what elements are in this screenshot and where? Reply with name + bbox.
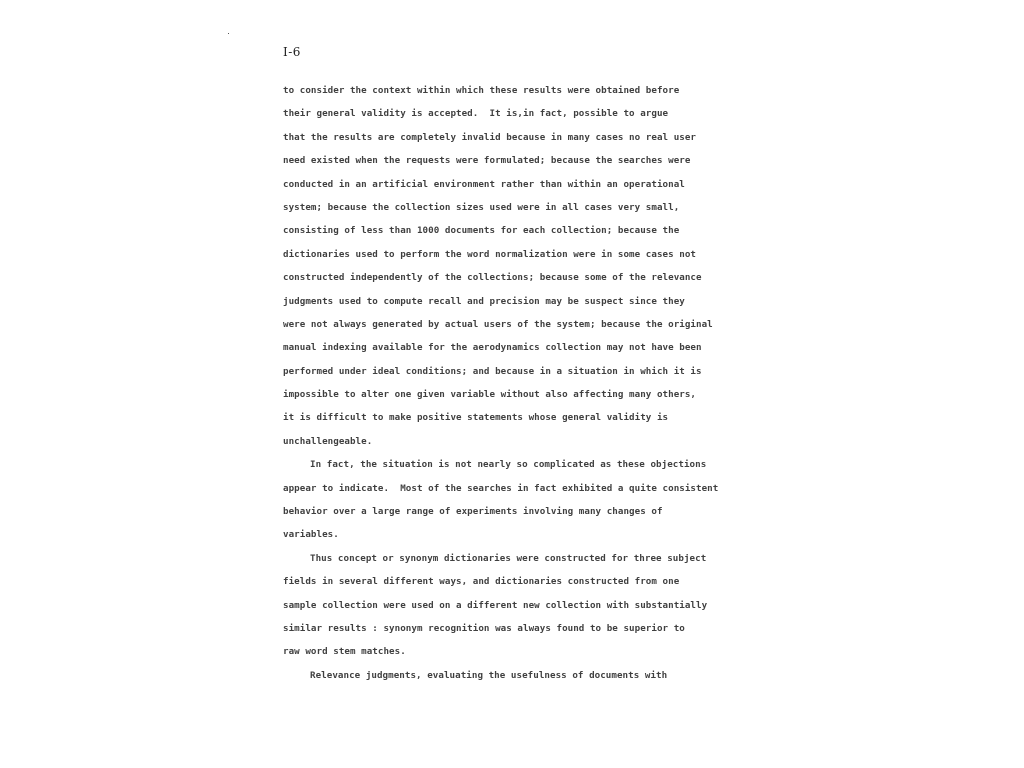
page-number: I-6 [283, 45, 301, 59]
paragraph-first-line: Relevance judgments, evaluating the usef… [283, 664, 743, 687]
body-text: to consider the context within which the… [283, 79, 743, 687]
text-line: fields in several different ways, and di… [283, 570, 743, 593]
text-line: impossible to alter one given variable w… [283, 383, 743, 406]
text-line: variables. [283, 523, 743, 546]
text-line: consisting of less than 1000 documents f… [283, 219, 743, 242]
paragraph-first-line: In fact, the situation is not nearly so … [283, 453, 743, 476]
text-line: dictionaries used to perform the word no… [283, 243, 743, 266]
text-line: sample collection were used on a differe… [283, 594, 743, 617]
text-line: need existed when the requests were form… [283, 149, 743, 172]
text-line: judgments used to compute recall and pre… [283, 290, 743, 313]
text-line: performed under ideal conditions; and be… [283, 360, 743, 383]
text-line: similar results : synonym recognition wa… [283, 617, 743, 640]
text-line: unchallengeable. [283, 430, 743, 453]
text-line: manual indexing available for the aerody… [283, 336, 743, 359]
scan-speck [228, 33, 229, 34]
text-line: it is difficult to make positive stateme… [283, 406, 743, 429]
text-line: constructed independently of the collect… [283, 266, 743, 289]
text-line: to consider the context within which the… [283, 79, 743, 102]
text-line: their general validity is accepted. It i… [283, 102, 743, 125]
text-line: system; because the collection sizes use… [283, 196, 743, 219]
paragraph-first-line: Thus concept or synonym dictionaries wer… [283, 547, 743, 570]
text-line: that the results are completely invalid … [283, 126, 743, 149]
text-line: behavior over a large range of experimen… [283, 500, 743, 523]
text-line: conducted in an artificial environment r… [283, 173, 743, 196]
text-line: were not always generated by actual user… [283, 313, 743, 336]
text-line: appear to indicate. Most of the searches… [283, 477, 743, 500]
text-line: raw word stem matches. [283, 640, 743, 663]
